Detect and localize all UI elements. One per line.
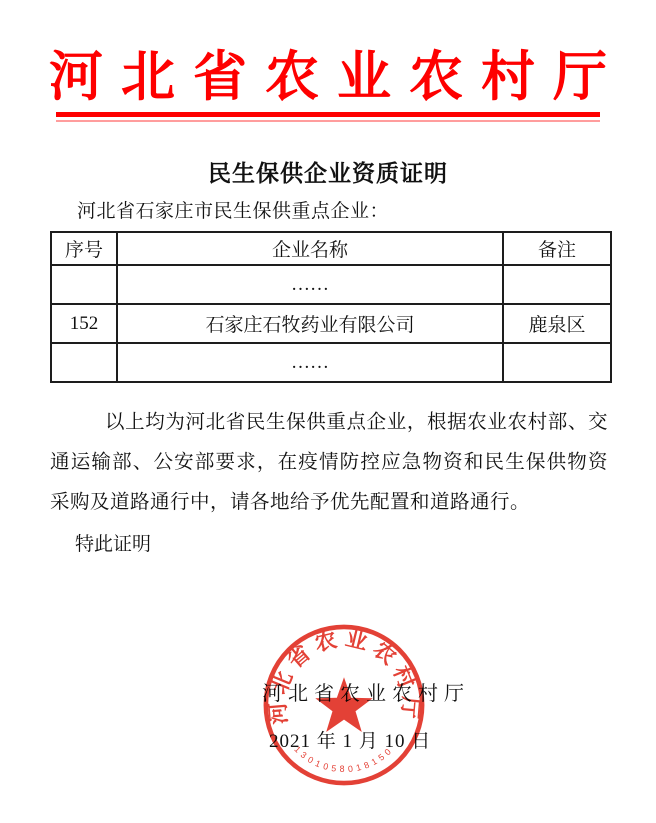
intro-line: 河北省石家庄市民生保供重点企业： [77, 196, 389, 223]
cell-note: 鹿泉区 [503, 304, 611, 343]
cell-name: …… [117, 265, 503, 304]
cell-note [503, 265, 611, 304]
body-paragraph: 以上均为河北省民生保供重点企业，根据农业农村部、交通运输部、公安部要求，在疫情防… [50, 403, 608, 523]
table-row: 152 石家庄石牧药业有限公司 鹿泉区 [51, 304, 611, 343]
column-header-name: 企业名称 [117, 232, 503, 265]
seal-code-text: 1301058018150 [292, 744, 395, 774]
official-seal-stamp: 河北省农业农村厅 1301058018150 [260, 616, 428, 794]
cell-seq [51, 265, 117, 304]
table-row: …… [51, 265, 611, 304]
closing-statement: 特此证明 [75, 529, 151, 556]
column-header-note: 备注 [503, 232, 611, 265]
table-header-row: 序号 企业名称 备注 [51, 232, 611, 265]
table-row: …… [51, 343, 611, 382]
letterhead-org-name: 河北省农业农村厅 [0, 34, 656, 111]
seal-star-icon [315, 677, 372, 732]
letterhead-rule-thin [56, 120, 600, 122]
cell-seq [51, 343, 117, 382]
cell-seq: 152 [51, 304, 117, 343]
enterprise-table: 序号 企业名称 备注 …… 152 石家庄石牧药业有限公司 鹿泉区 …… [50, 231, 612, 383]
document-title: 民生保供企业资质证明 [0, 155, 656, 188]
letterhead-rule-thick [56, 112, 600, 117]
cell-note [503, 343, 611, 382]
certificate-page: 河北省农业农村厅 民生保供企业资质证明 河北省石家庄市民生保供重点企业： 序号 … [0, 0, 656, 823]
column-header-seq: 序号 [51, 232, 117, 265]
cell-name: 石家庄石牧药业有限公司 [117, 304, 503, 343]
cell-name: …… [117, 343, 503, 382]
